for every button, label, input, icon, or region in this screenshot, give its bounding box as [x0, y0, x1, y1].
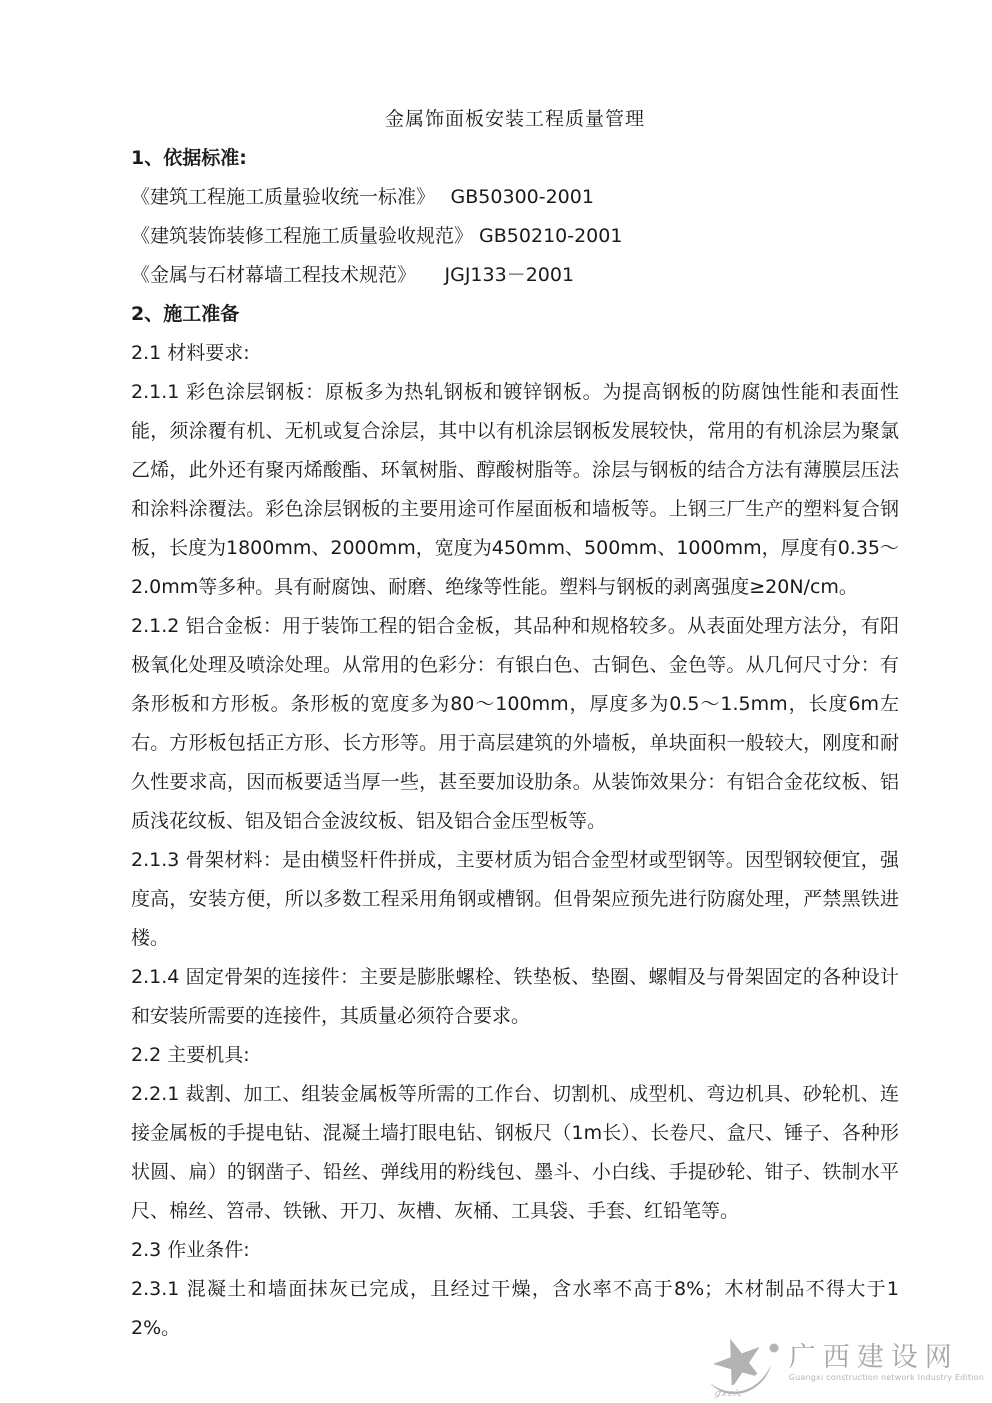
document-page: { "doc": { "title": "金属饰面板安装工程质量管理", "pa…	[0, 0, 992, 1403]
clause-material-requirements: 2.1 材料要求:	[131, 334, 899, 373]
heading-basis-standards: 1、依据标准:	[131, 139, 899, 178]
watermark-site-name: 广西建设网	[789, 1343, 984, 1373]
document-body: 金属饰面板安装工程质量管理 1、依据标准: 《建筑工程施工质量验收统一标准》 G…	[131, 100, 899, 1348]
watermark-logo: gxcic 广西建设网 Guangxi construction network…	[707, 1335, 984, 1397]
para-tools-list: 2.2.1 裁割、加工、组装金属板等所需的工作台、切割机、成型机、弯边机具、砂轮…	[131, 1075, 899, 1231]
star-icon: gxcic	[707, 1335, 783, 1397]
heading-construction-preparation: 2、施工准备	[131, 295, 899, 334]
clause-working-conditions: 2.3 作业条件:	[131, 1231, 899, 1270]
standard-item-gb50300: 《建筑工程施工质量验收统一标准》 GB50300-2001	[131, 178, 899, 217]
para-aluminum-alloy-plate: 2.1.2 铝合金板：用于装饰工程的铝合金板，其品种和规格较多。从表面处理方法分…	[131, 607, 899, 841]
para-skeleton-connectors: 2.1.4 固定骨架的连接件：主要是膨胀螺栓、铁垫板、垫圈、螺帽及与骨架固定的各…	[131, 958, 899, 1036]
watermark-text: 广西建设网 Guangxi construction network Indus…	[789, 1335, 984, 1383]
watermark-site-subtitle: Guangxi construction network Industry Ed…	[789, 1373, 984, 1383]
logo-script-text: gxcic	[714, 1389, 745, 1399]
document-title: 金属饰面板安装工程质量管理	[131, 100, 899, 139]
standard-item-jgj133: 《金属与石材幕墙工程技术规范》 JGJ133－2001	[131, 256, 899, 295]
para-skeleton-material: 2.1.3 骨架材料：是由横竖杆件拼成，主要材质为铝合金型材或型钢等。因型钢较便…	[131, 841, 899, 958]
clause-main-tools: 2.2 主要机具:	[131, 1036, 899, 1075]
standard-item-gb50210: 《建筑装饰装修工程施工质量验收规范》 GB50210-2001	[131, 217, 899, 256]
para-color-coated-steel-plate: 2.1.1 彩色涂层钢板：原板多为热轧钢板和镀锌钢板。为提高钢板的防腐蚀性能和表…	[131, 373, 899, 607]
